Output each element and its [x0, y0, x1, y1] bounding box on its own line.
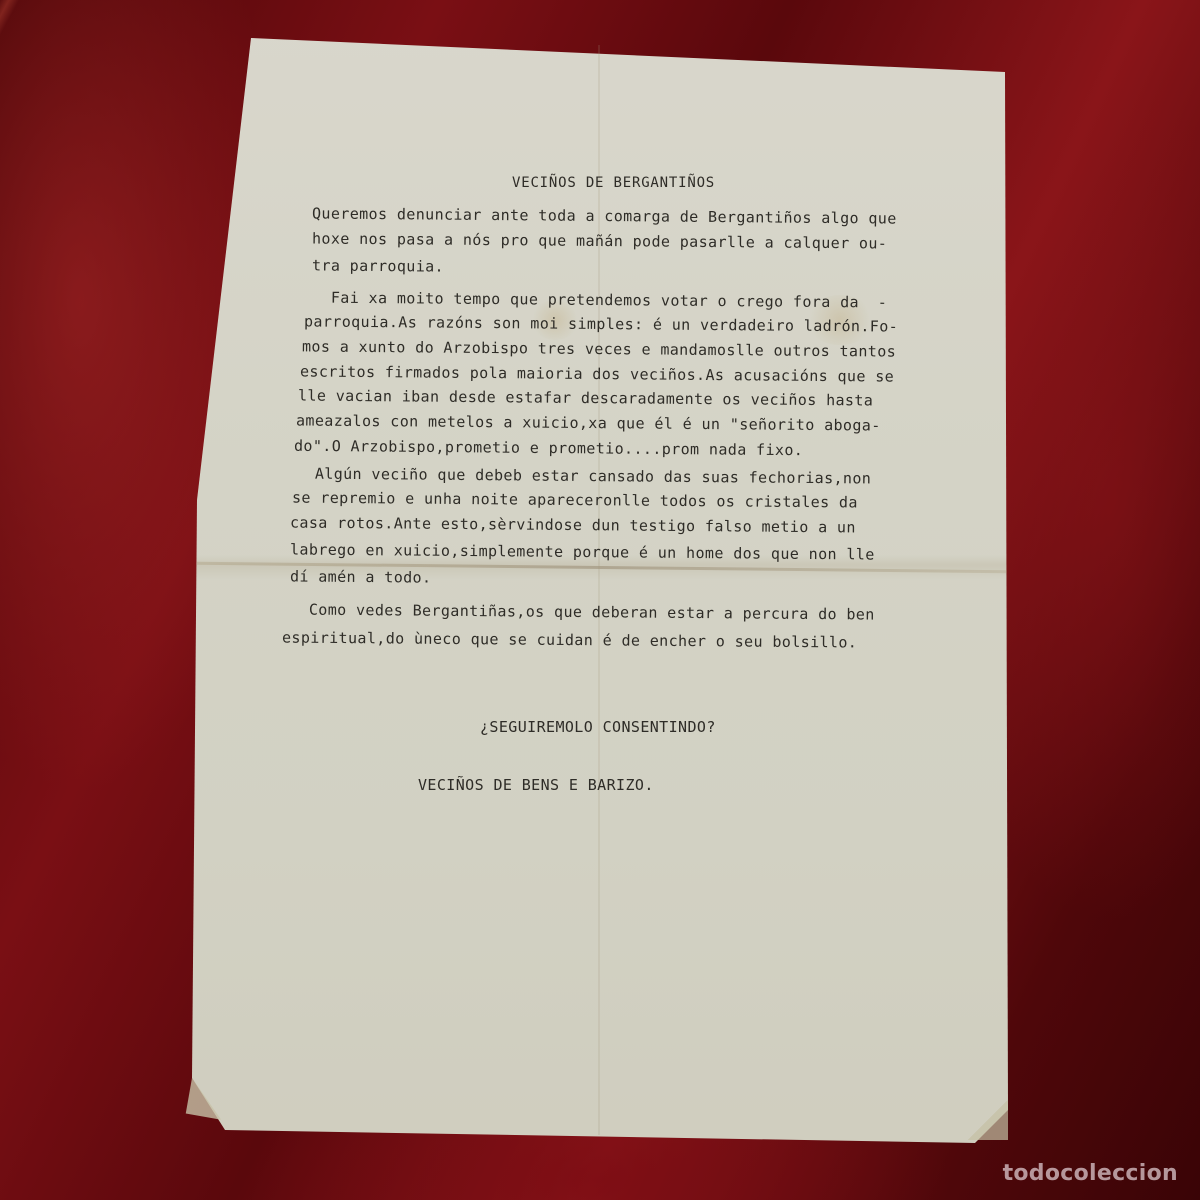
watermark-logo: todocoleccion	[1003, 1161, 1178, 1186]
bottom-right-dog-ear	[968, 1100, 1008, 1140]
closing-question: ¿SEGUIREMOLO CONSENTINDO?	[480, 718, 716, 736]
bottom-left-dog-ear	[186, 1078, 228, 1120]
document-title: VECIÑOS DE BERGANTIÑOS	[512, 174, 715, 192]
document-body: VECIÑOS DE BERGANTIÑOS Queremos denuncia…	[0, 0, 19, 468]
signature: VECIÑOS DE BENS E BARIZO.	[418, 776, 654, 794]
text-line: tra parroquia.	[312, 256, 444, 275]
text-line: dí amén a todo.	[290, 567, 432, 586]
